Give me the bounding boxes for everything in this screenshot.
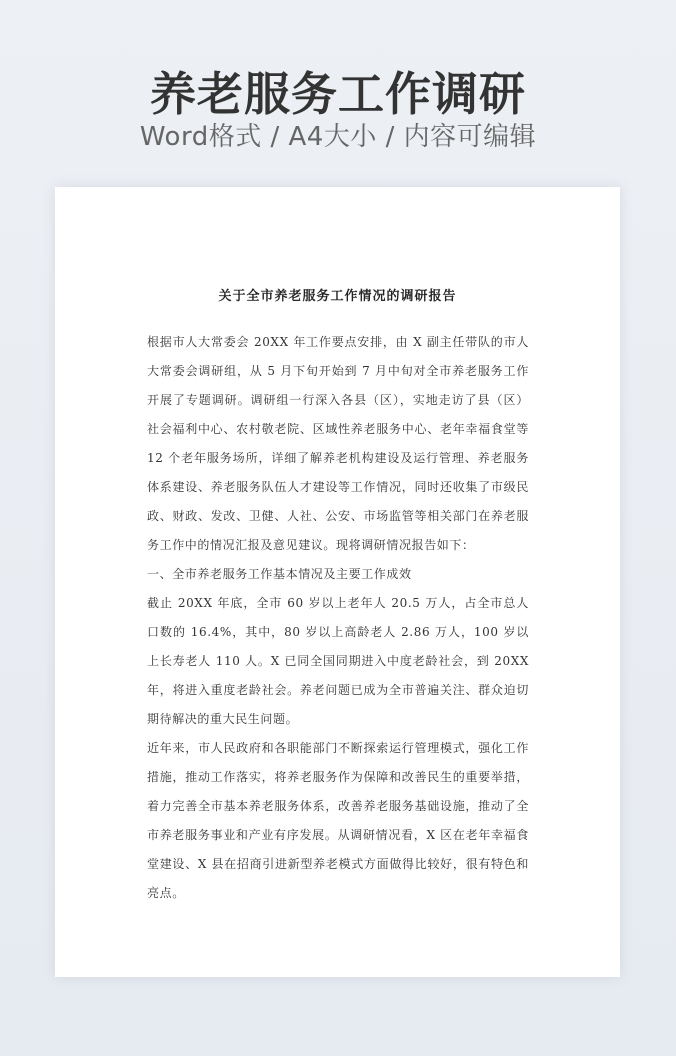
- paragraph-statistics: 截止 20XX 年底，全市 60 岁以上老年人 20.5 万人，占全市总人口数的…: [147, 589, 529, 734]
- document-title: 关于全市养老服务工作情况的调研报告: [55, 285, 620, 304]
- hero-subtitle: Word格式 / A4大小 / 内容可编辑: [0, 120, 676, 154]
- paragraph-progress: 近年来，市人民政府和各职能部门不断探索运行管理模式，强化工作措施，推动工作落实，…: [147, 734, 529, 908]
- paragraph-intro: 根据市人大常委会 20XX 年工作要点安排，由 X 副主任带队的市人大常委会调研…: [147, 328, 529, 560]
- document-body: 根据市人大常委会 20XX 年工作要点安排，由 X 副主任带队的市人大常委会调研…: [147, 328, 529, 908]
- hero-title: 养老服务工作调研: [0, 66, 676, 122]
- section-heading: 一、全市养老服务工作基本情况及主要工作成效: [147, 560, 529, 589]
- document-page: 关于全市养老服务工作情况的调研报告 根据市人大常委会 20XX 年工作要点安排，…: [55, 187, 620, 977]
